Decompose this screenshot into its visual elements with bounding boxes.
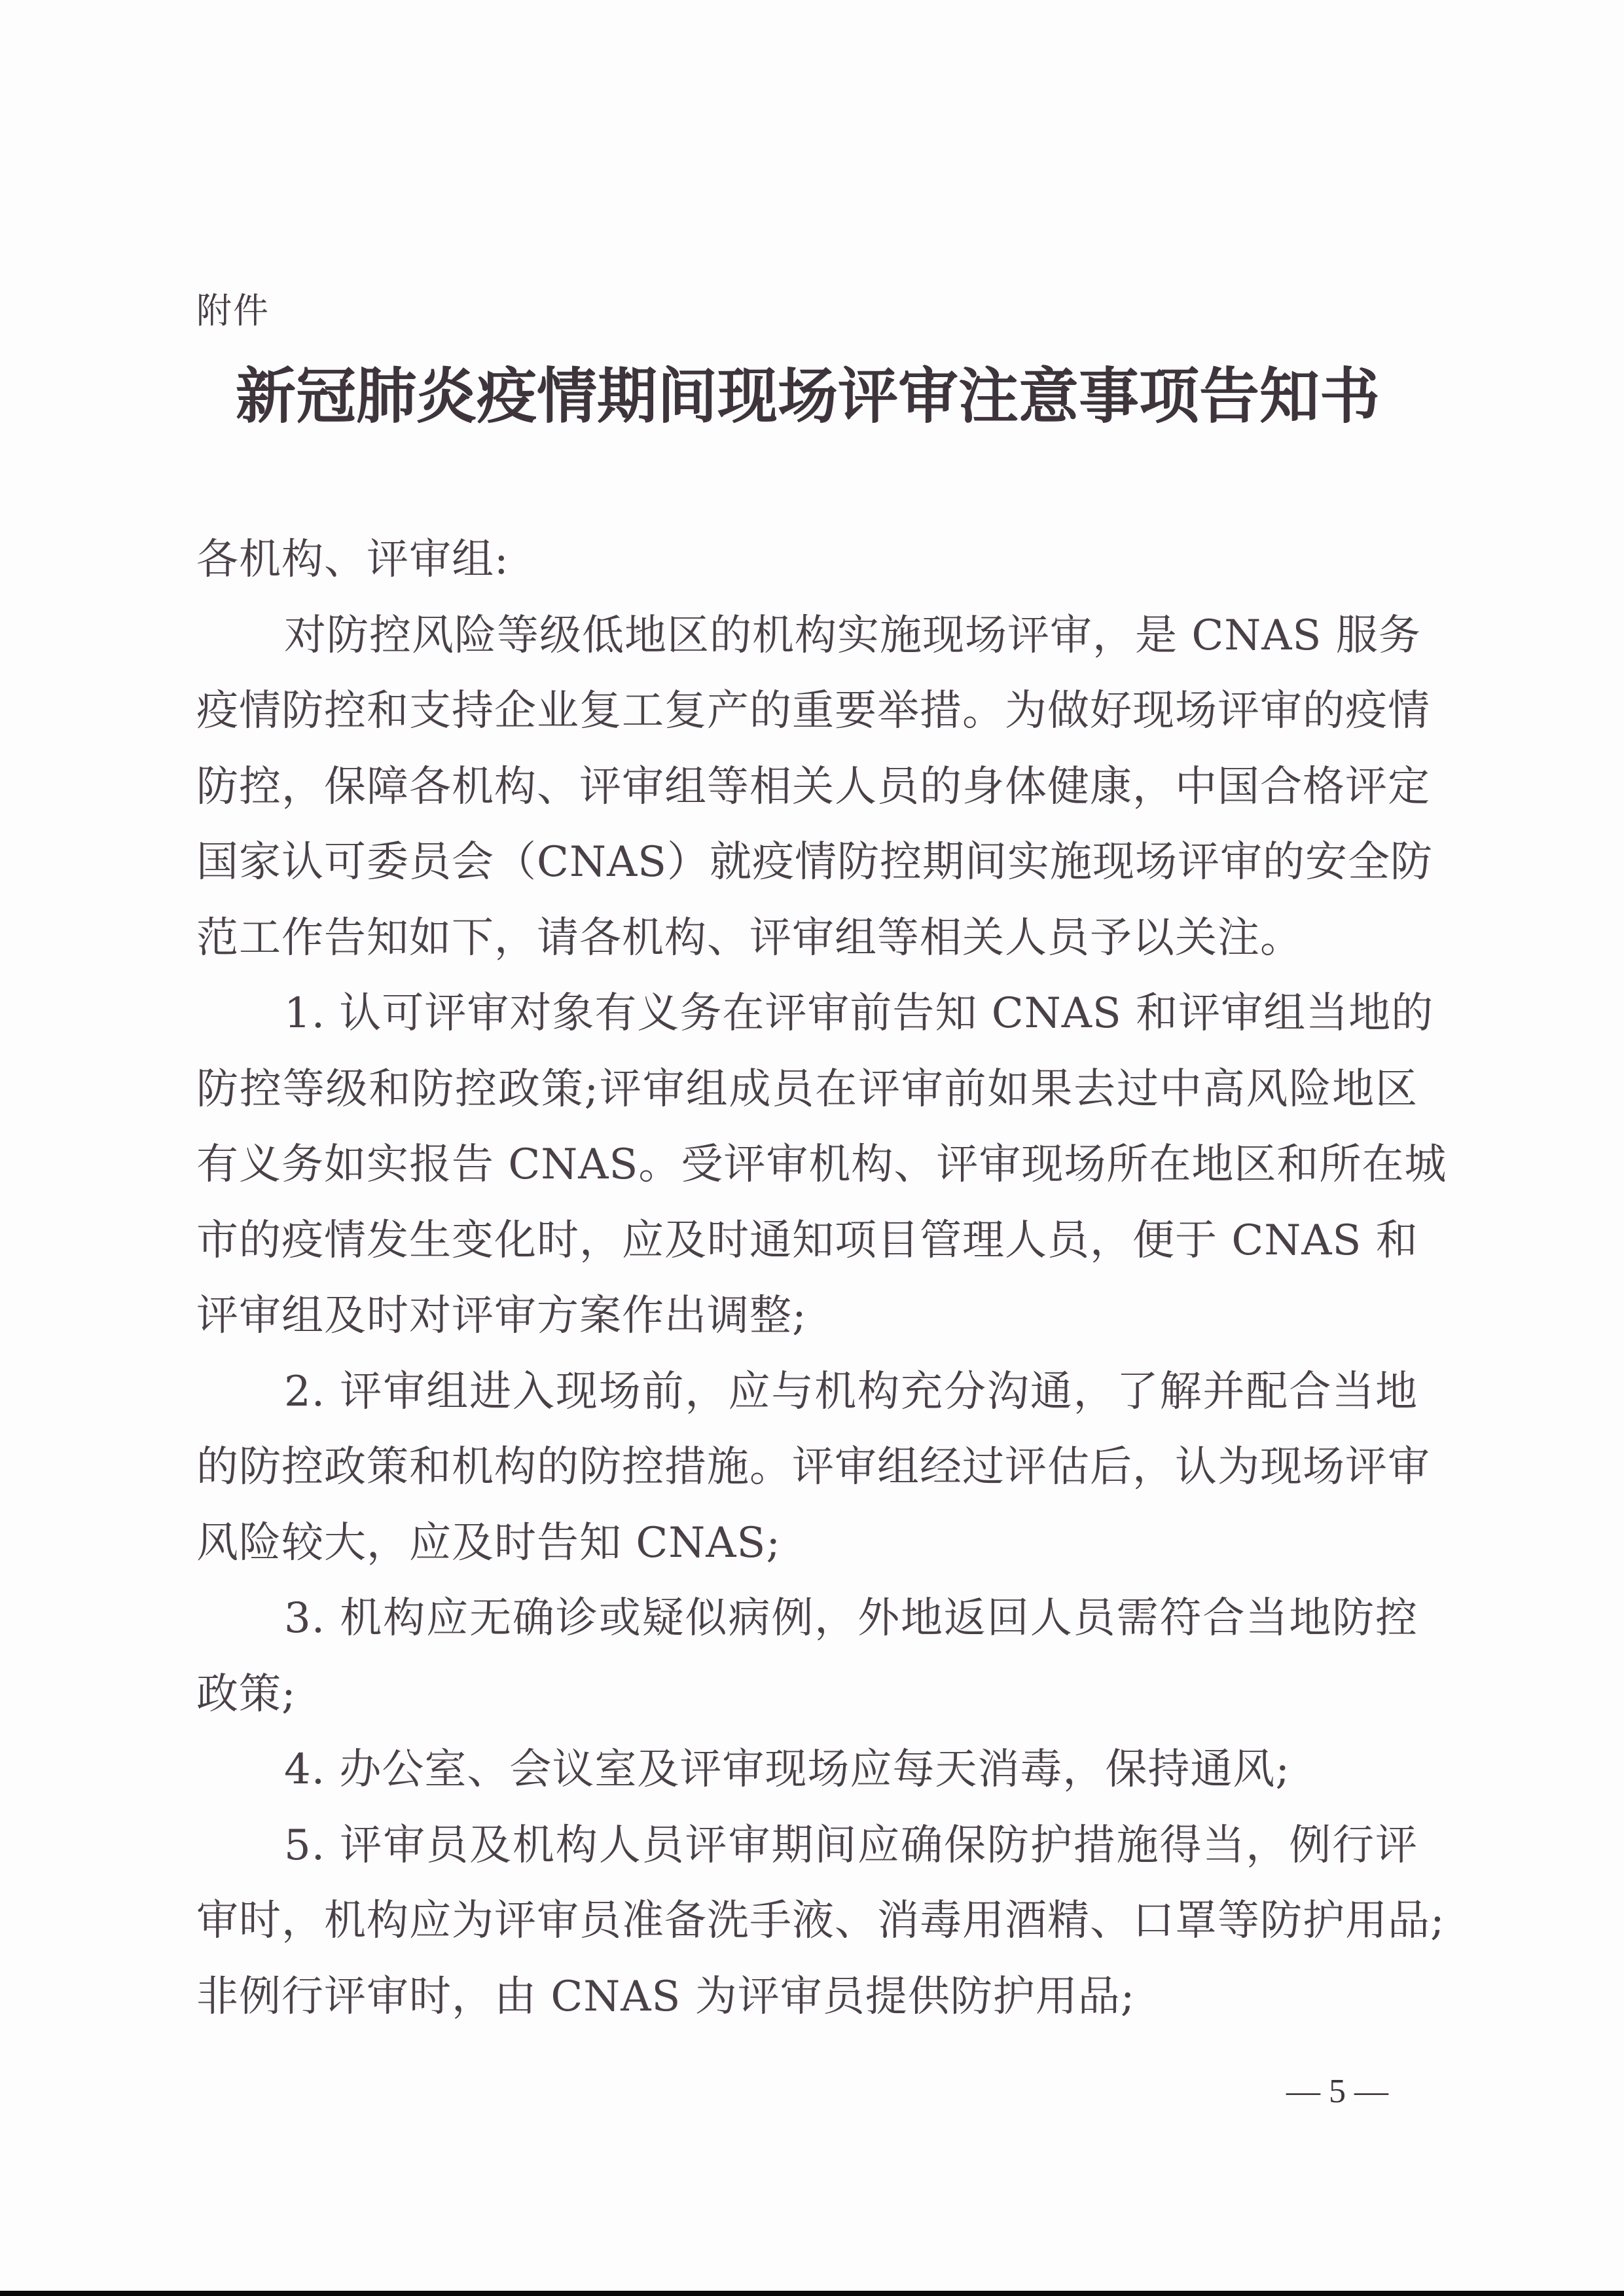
text-line: 政策; [196,1657,1418,1733]
text-line: 防控等级和防控政策;评审组成员在评审前如果去过中高风险地区 [196,1052,1418,1128]
document-page: 附件 新冠肺炎疫情期间现场评审注意事项告知书 各机构、评审组: 对防控风险等级低… [0,0,1624,2296]
text-line: 3. 机构应无确诊或疑似病例，外地返回人员需符合当地防控 [196,1581,1418,1657]
text-line: 对防控风险等级低地区的机构实施现场评审，是 CNAS 服务 [196,598,1418,674]
text-line: 评审组及时对评审方案作出调整; [196,1279,1418,1355]
paragraph-item-2: 2. 评审组进入现场前，应与机构充分沟通，了解并配合当地 的防控政策和机构的防控… [196,1355,1418,1582]
text-line: 1. 认可评审对象有义务在评审前告知 CNAS 和评审组当地的 [196,976,1418,1052]
text-line: 国家认可委员会（CNAS）就疫情防控期间实施现场评审的安全防 [196,825,1418,901]
text-line: 疫情防控和支持企业复工复产的重要举措。为做好现场评审的疫情 [196,674,1418,750]
text-line: 市的疫情发生变化时，应及时通知项目管理人员，便于 CNAS 和 [196,1203,1418,1279]
text-line: 2. 评审组进入现场前，应与机构充分沟通，了解并配合当地 [196,1355,1418,1430]
text-line: 4. 办公室、会议室及评审现场应每天消毒，保持通风; [196,1732,1418,1808]
paragraph-intro: 对防控风险等级低地区的机构实施现场评审，是 CNAS 服务 疫情防控和支持企业复… [196,598,1418,977]
paragraph-item-1: 1. 认可评审对象有义务在评审前告知 CNAS 和评审组当地的 防控等级和防控政… [196,976,1418,1355]
text-line: 审时，机构应为评审员准备洗手液、消毒用酒精、口罩等防护用品; [196,1884,1418,1959]
paragraph-item-5: 5. 评审员及机构人员评审期间应确保防护措施得当，例行评 审时，机构应为评审员准… [196,1808,1418,2035]
paragraph-item-3: 3. 机构应无确诊或疑似病例，外地返回人员需符合当地防控 政策; [196,1581,1418,1732]
paragraph-item-4: 4. 办公室、会议室及评审现场应每天消毒，保持通风; [196,1732,1418,1808]
text-line: 5. 评审员及机构人员评审期间应确保防护措施得当，例行评 [196,1808,1418,1884]
text-line: 有义务如实报告 CNAS。受评审机构、评审现场所在地区和所在城 [196,1127,1418,1203]
text-line: 范工作告知如下，请各机构、评审组等相关人员予以关注。 [196,901,1418,977]
scan-edge-strip [0,2291,1624,2296]
text-line: 的防控政策和机构的防控措施。评审组经过评估后，认为现场评审 [196,1430,1418,1506]
text-line: 风险较大，应及时告知 CNAS; [196,1506,1418,1582]
document-title: 新冠肺炎疫情期间现场评审注意事项告知书 [236,357,1375,435]
page-number: — 5 — [1286,2069,1388,2115]
document-body: 各机构、评审组: 对防控风险等级低地区的机构实施现场评审，是 CNAS 服务 疫… [196,522,1418,2035]
text-line: 非例行评审时，由 CNAS 为评审员提供防护用品; [196,1959,1418,2035]
salutation: 各机构、评审组: [196,522,1418,598]
attachment-label: 附件 [196,288,270,334]
text-line: 防控，保障各机构、评审组等相关人员的身体健康，中国合格评定 [196,750,1418,826]
